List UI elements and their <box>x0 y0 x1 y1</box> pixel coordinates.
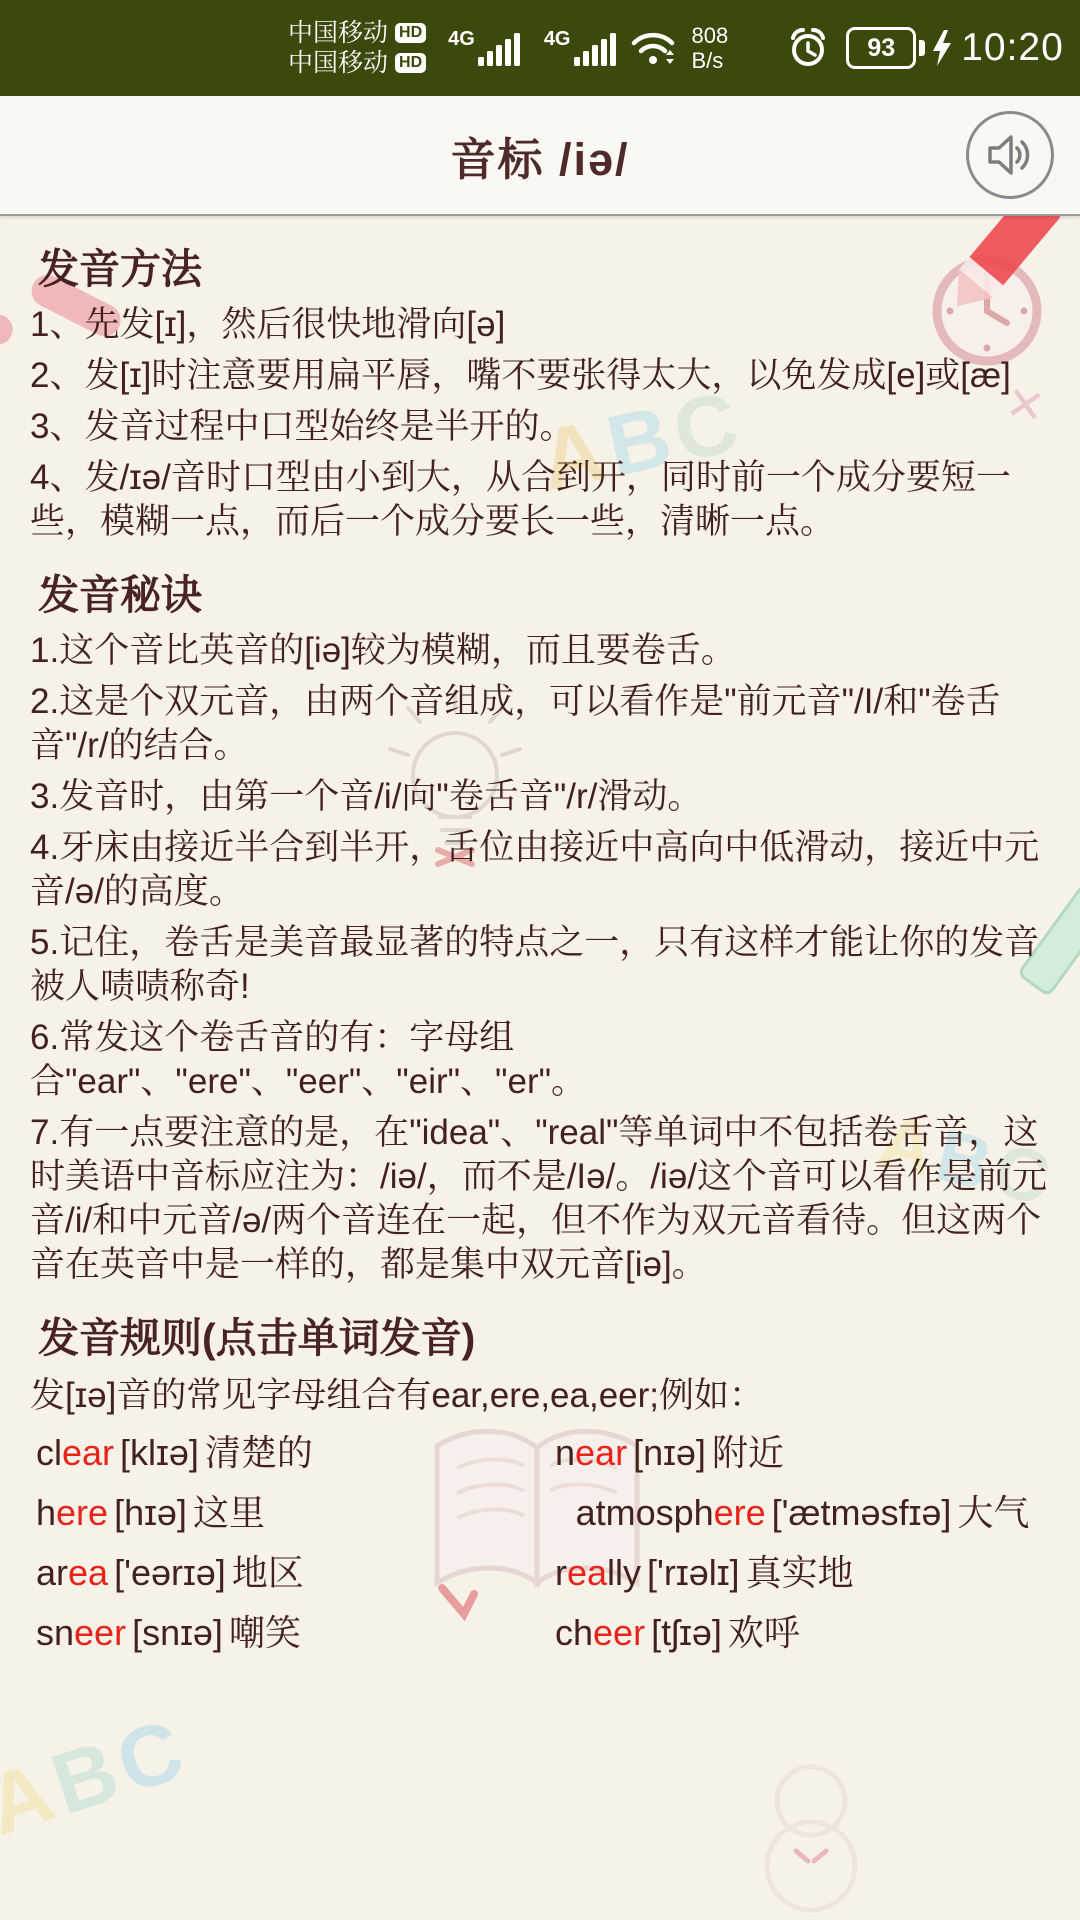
word-item-really[interactable]: really['rɪəlɪ]真实地 <box>549 1550 1050 1596</box>
word-phonetic: [tʃɪə] <box>651 1612 722 1653</box>
word-meaning: 真实地 <box>746 1552 854 1593</box>
carrier-block: 中国移动 HD 中国移动 HD <box>288 20 426 77</box>
tips-item-3: 3.发音时，由第一个音/i/向"卷舌音"/r/滑动。 <box>30 775 1050 819</box>
tips-item-6: 6.常发这个卷舌音的有：字母组 合"ear"、"ere"、"eer"、"eir"… <box>30 1016 1050 1104</box>
method-item-4: 4、发/ɪə/音时口型由小到大，从合到开，同时前一个成分要短一些，模糊一点，而后… <box>30 456 1050 544</box>
section-title-tips: 发音秘诀 <box>38 562 1050 621</box>
word-text: area <box>36 1552 108 1593</box>
decoration-abc-letters: ABC <box>0 1699 201 1856</box>
tips-item-1: 1.这个音比英音的[iə]较为模糊，而且要卷舌。 <box>30 629 1050 673</box>
rules-intro: 发[ɪə]音的常见字母组合有ear,ere,ea,eer;例如： <box>30 1374 1050 1418</box>
signal-bars-icon <box>574 29 618 67</box>
word-item-sneer[interactable]: sneer[snɪə]嘲笑 <box>30 1610 535 1656</box>
carrier-name: 中国移动 <box>288 20 388 47</box>
method-item-2: 2、发[ɪ]时注意要用扁平唇，嘴不要张得太大，以免发成[e]或[æ] <box>30 354 1050 398</box>
word-meaning: 地区 <box>232 1552 304 1593</box>
tips-item-4: 4.牙床由接近半合到半开，舌位由接近中高向中低滑动，接近中元音/ə/的高度。 <box>30 826 1050 914</box>
word-phonetic: ['ætməsfɪə] <box>772 1492 952 1533</box>
signal-group-sim2: 4G <box>544 29 618 67</box>
hd-badge: HD <box>395 53 426 73</box>
section-title-method: 发音方法 <box>38 236 1050 295</box>
carrier-name: 中国移动 <box>288 50 388 77</box>
word-phonetic: ['eərɪə] <box>114 1552 226 1593</box>
battery-nub <box>919 40 925 56</box>
word-item-near[interactable]: near[nɪə]附近 <box>549 1430 1050 1476</box>
phonetics-screen: 中国移动 HD 中国移动 HD 4G 4G <box>0 0 1080 1920</box>
word-item-cheer[interactable]: cheer[tʃɪə]欢呼 <box>549 1610 1050 1656</box>
word-meaning: 欢呼 <box>728 1612 800 1653</box>
word-meaning: 附近 <box>712 1432 784 1473</box>
status-bar: 中国移动 HD 中国移动 HD 4G 4G <box>0 0 1080 96</box>
charging-bolt-icon <box>931 30 953 66</box>
word-phonetic: [nɪə] <box>633 1432 706 1473</box>
word-item-clear[interactable]: clear[klɪə]清楚的 <box>30 1430 535 1476</box>
word-phonetic: [klɪə] <box>120 1432 199 1473</box>
word-phonetic: [snɪə] <box>132 1612 223 1653</box>
word-text: really <box>555 1552 641 1593</box>
word-meaning: 大气 <box>957 1492 1029 1533</box>
section-title-rules: 发音规则(点击单词发音) <box>38 1305 1050 1364</box>
word-grid: clear[klɪə]清楚的 near[nɪə]附近 here[hɪə]这里 a… <box>30 1430 1050 1656</box>
tips-item-5: 5.记住，卷舌是美音最显著的特点之一，只有这样才能让你的发音被人啧啧称奇! <box>30 921 1050 1009</box>
word-phonetic: ['rɪəlɪ] <box>647 1552 740 1593</box>
method-item-3: 3、发音过程中口型始终是半开的。 <box>30 405 1050 449</box>
word-phonetic: [hɪə] <box>114 1492 187 1533</box>
network-type-badge: 4G <box>544 28 571 51</box>
title-bar: 音标 /iə/ <box>0 96 1080 216</box>
wifi-icon <box>630 28 680 68</box>
decoration-doodle <box>726 1756 896 1916</box>
battery-icon: 93 <box>846 27 925 69</box>
signal-bars-icon <box>478 29 522 67</box>
speaker-icon <box>984 131 1036 179</box>
alarm-clock-icon <box>786 26 830 70</box>
word-meaning: 嘲笑 <box>229 1612 301 1653</box>
word-meaning: 清楚的 <box>205 1432 313 1473</box>
word-item-area[interactable]: area['eərɪə]地区 <box>30 1550 535 1596</box>
word-text: sneer <box>36 1612 126 1653</box>
word-item-here[interactable]: here[hɪə]这里 <box>30 1490 535 1536</box>
pronounce-button[interactable] <box>966 111 1054 199</box>
clock-time: 10:20 <box>961 26 1064 70</box>
signal-group-sim1: 4G <box>448 29 522 67</box>
word-text: here <box>36 1492 108 1533</box>
battery-percent: 93 <box>867 34 895 63</box>
speed-value: 808 <box>692 23 729 48</box>
hd-badge: HD <box>395 23 426 43</box>
tips-item-2: 2.这是个双元音，由两个音组成，可以看作是"前元音"/I/和"卷舌音"/r/的结… <box>30 680 1050 768</box>
speed-unit: B/s <box>692 48 729 73</box>
word-text: atmosphere <box>576 1492 766 1533</box>
method-item-1: 1、先发[ɪ]，然后很快地滑向[ə] <box>30 303 1050 347</box>
word-meaning: 这里 <box>193 1492 265 1533</box>
word-item-atmosphere[interactable]: atmosphere['ætməsfɪə]大气 <box>549 1490 1050 1536</box>
network-speed: 808 B/s <box>692 23 729 73</box>
tips-item-7: 7.有一点要注意的是，在"idea"、"real"等单词中不包括卷舌音，这时美语… <box>30 1111 1050 1287</box>
page-title: 音标 /iə/ <box>450 123 629 188</box>
word-text: near <box>555 1432 627 1473</box>
lesson-content: 发音方法 1、先发[ɪ]，然后很快地滑向[ə] 2、发[ɪ]时注意要用扁平唇，嘴… <box>0 216 1080 1656</box>
word-text: cheer <box>555 1612 645 1653</box>
word-text: clear <box>36 1432 114 1473</box>
network-type-badge: 4G <box>448 28 475 51</box>
